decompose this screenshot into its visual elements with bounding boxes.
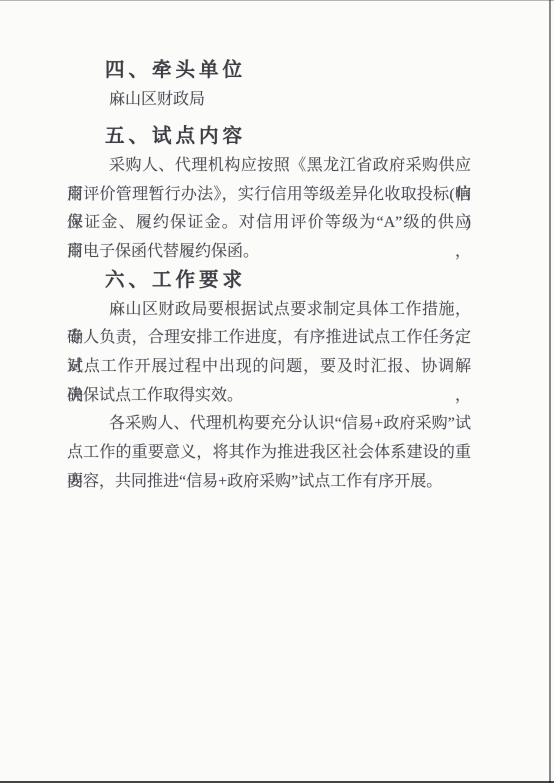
text-line: 麻山区财政局 bbox=[67, 86, 471, 115]
document-page: 四、牵头单位麻山区财政局五、试点内容采购人、代理机构应按照《黑龙江省政府采购供应… bbox=[0, 0, 554, 783]
section-heading: 四、牵头单位 bbox=[67, 57, 471, 86]
text-line: 保证金、履约保证金。对信用评价等级为“A”级的供应商， bbox=[67, 209, 471, 238]
text-line: 麻山区财政局要根据试点要求制定具体工作措施，确定 bbox=[67, 296, 471, 325]
scan-edge-top bbox=[0, 0, 554, 1]
document-body: 四、牵头单位麻山区财政局五、试点内容采购人、代理机构应按照《黑龙江省政府采购供应… bbox=[67, 57, 471, 496]
text-line: 专人负责，合理安排工作进度，有序推进试点工作任务，对 bbox=[67, 324, 471, 353]
section-heading: 六、工作要求 bbox=[67, 267, 471, 296]
text-line: 采购人、代理机构应按照《黑龙江省政府采购供应商信 bbox=[67, 152, 471, 181]
text-line: 内容，共同推进“信易+政府采购”试点工作有序开展。 bbox=[67, 468, 471, 497]
text-line: 点工作的重要意义，将其作为推进我区社会体系建设的重要 bbox=[67, 439, 471, 468]
text-line: 各采购人、代理机构要充分认识“信易+政府采购”试 bbox=[67, 410, 471, 439]
section-heading: 五、试点内容 bbox=[67, 123, 471, 152]
text-line: 用评价管理暂行办法》，实行信用等级差异化收取投标(响应) bbox=[67, 181, 471, 210]
text-line: 试点工作开展过程中出现的问题，要及时汇报、协调解决， bbox=[67, 353, 471, 382]
scan-edge-right bbox=[549, 0, 551, 783]
